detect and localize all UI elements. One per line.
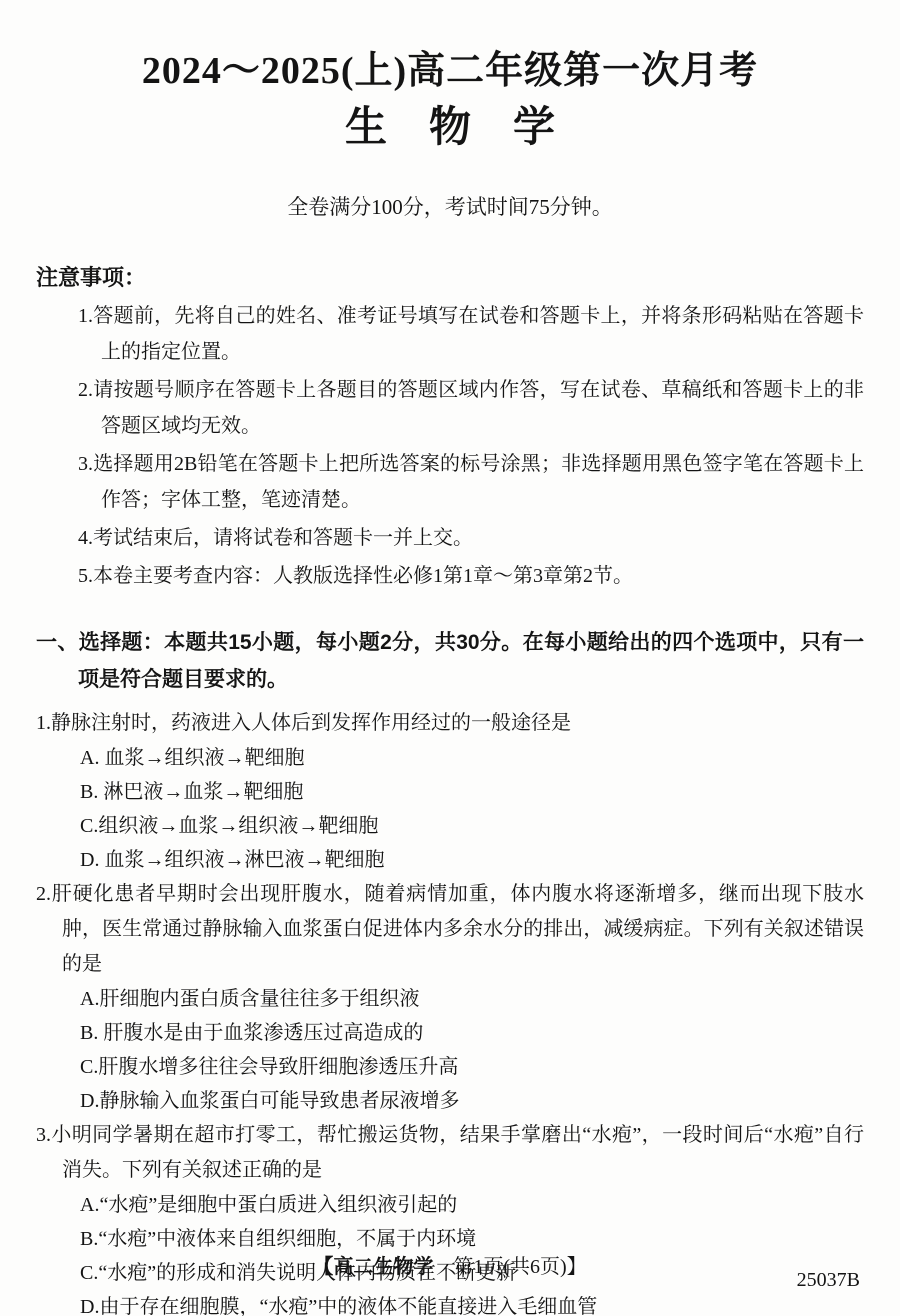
option-item: D.由于存在细胞膜，“水疱”中的液体不能直接进入毛细血管 [80, 1290, 864, 1316]
options-list: A.“水疱”是细胞中蛋白质进入组织液引起的 B.“水疱”中液体来自组织细胞，不属… [36, 1188, 864, 1316]
option-item: A.“水疱”是细胞中蛋白质进入组织液引起的 [80, 1188, 864, 1222]
option-item: C.组织液→血浆→组织液→靶细胞 [80, 809, 864, 843]
section-heading: 一、选择题：本题共15小题，每小题2分，共30分。在每小题给出的四个选项中，只有… [36, 624, 864, 698]
option-item: B. 淋巴液→血浆→靶细胞 [80, 775, 864, 809]
options-list: A.肝细胞内蛋白质含量往往多于组织液 B. 肝腹水是由于血浆渗透压过高造成的 C… [36, 982, 864, 1118]
exam-paper-page: 2024～2025(上)高二年级第一次月考 生 物 学 全卷满分100分，考试时… [0, 0, 900, 1316]
subject-title: 生 物 学 [36, 102, 864, 154]
option-item: A. 血浆→组织液→靶细胞 [80, 741, 864, 775]
note-item: 3.选择题用2B铅笔在答题卡上把所选答案的标号涂黑；非选择题用黑色签字笔在答题卡… [78, 446, 864, 518]
question-1: 1.静脉注射时，药液进入人体后到发挥作用经过的一般途径是 A. 血浆→组织液→靶… [36, 706, 864, 877]
option-item: D. 血浆→组织液→淋巴液→靶细胞 [80, 843, 864, 877]
note-item: 2.请按题号顺序在答题卡上各题目的答题区域内作答，写在试卷、草稿纸和答题卡上的非… [78, 372, 864, 444]
footer-book-label: 【高二生物学 [313, 1256, 433, 1278]
option-item: B. 肝腹水是由于血浆渗透压过高造成的 [80, 1016, 864, 1050]
notes-list: 1.答题前，先将自己的姓名、准考证号填写在试卷和答题卡上，并将条形码粘贴在答题卡… [36, 298, 864, 594]
options-list: A. 血浆→组织液→靶细胞 B. 淋巴液→血浆→靶细胞 C.组织液→血浆→组织液… [36, 741, 864, 877]
option-item: A.肝细胞内蛋白质含量往往多于组织液 [80, 982, 864, 1016]
page-title: 2024～2025(上)高二年级第一次月考 [36, 46, 864, 96]
note-item: 1.答题前，先将自己的姓名、准考证号填写在试卷和答题卡上，并将条形码粘贴在答题卡… [78, 298, 864, 370]
exam-info: 全卷满分100分，考试时间75分钟。 [36, 194, 864, 220]
note-item: 4.考试结束后，请将试卷和答题卡一并上交。 [78, 520, 864, 556]
question-2: 2.肝硬化患者早期时会出现肝腹水，随着病情加重，体内腹水将逐渐增多，继而出现下肢… [36, 877, 864, 1118]
notes-heading: 注意事项： [36, 264, 864, 292]
option-item: C.肝腹水增多往往会导致肝细胞渗透压升高 [80, 1050, 864, 1084]
option-item: B.“水疱”中液体来自组织细胞，不属于内环境 [80, 1222, 864, 1256]
footer-page-number: 第1页(共6页)】 [433, 1256, 586, 1278]
question-stem: 1.静脉注射时，药液进入人体后到发挥作用经过的一般途径是 [36, 706, 864, 741]
option-item: D.静脉输入血浆蛋白可能导致患者尿液增多 [80, 1084, 864, 1118]
note-item: 5.本卷主要考查内容：人教版选择性必修1第1章～第3章第2节。 [78, 558, 864, 594]
question-3: 3.小明同学暑期在超市打零工，帮忙搬运货物，结果手掌磨出“水疱”，一段时间后“水… [36, 1118, 864, 1316]
footer-page-label: 【高二生物学 第1页(共6页)】 [0, 1254, 900, 1280]
paper-code: 25037B [797, 1268, 860, 1292]
question-stem: 2.肝硬化患者早期时会出现肝腹水，随着病情加重，体内腹水将逐渐增多，继而出现下肢… [36, 877, 864, 982]
question-stem: 3.小明同学暑期在超市打零工，帮忙搬运货物，结果手掌磨出“水疱”，一段时间后“水… [36, 1118, 864, 1188]
